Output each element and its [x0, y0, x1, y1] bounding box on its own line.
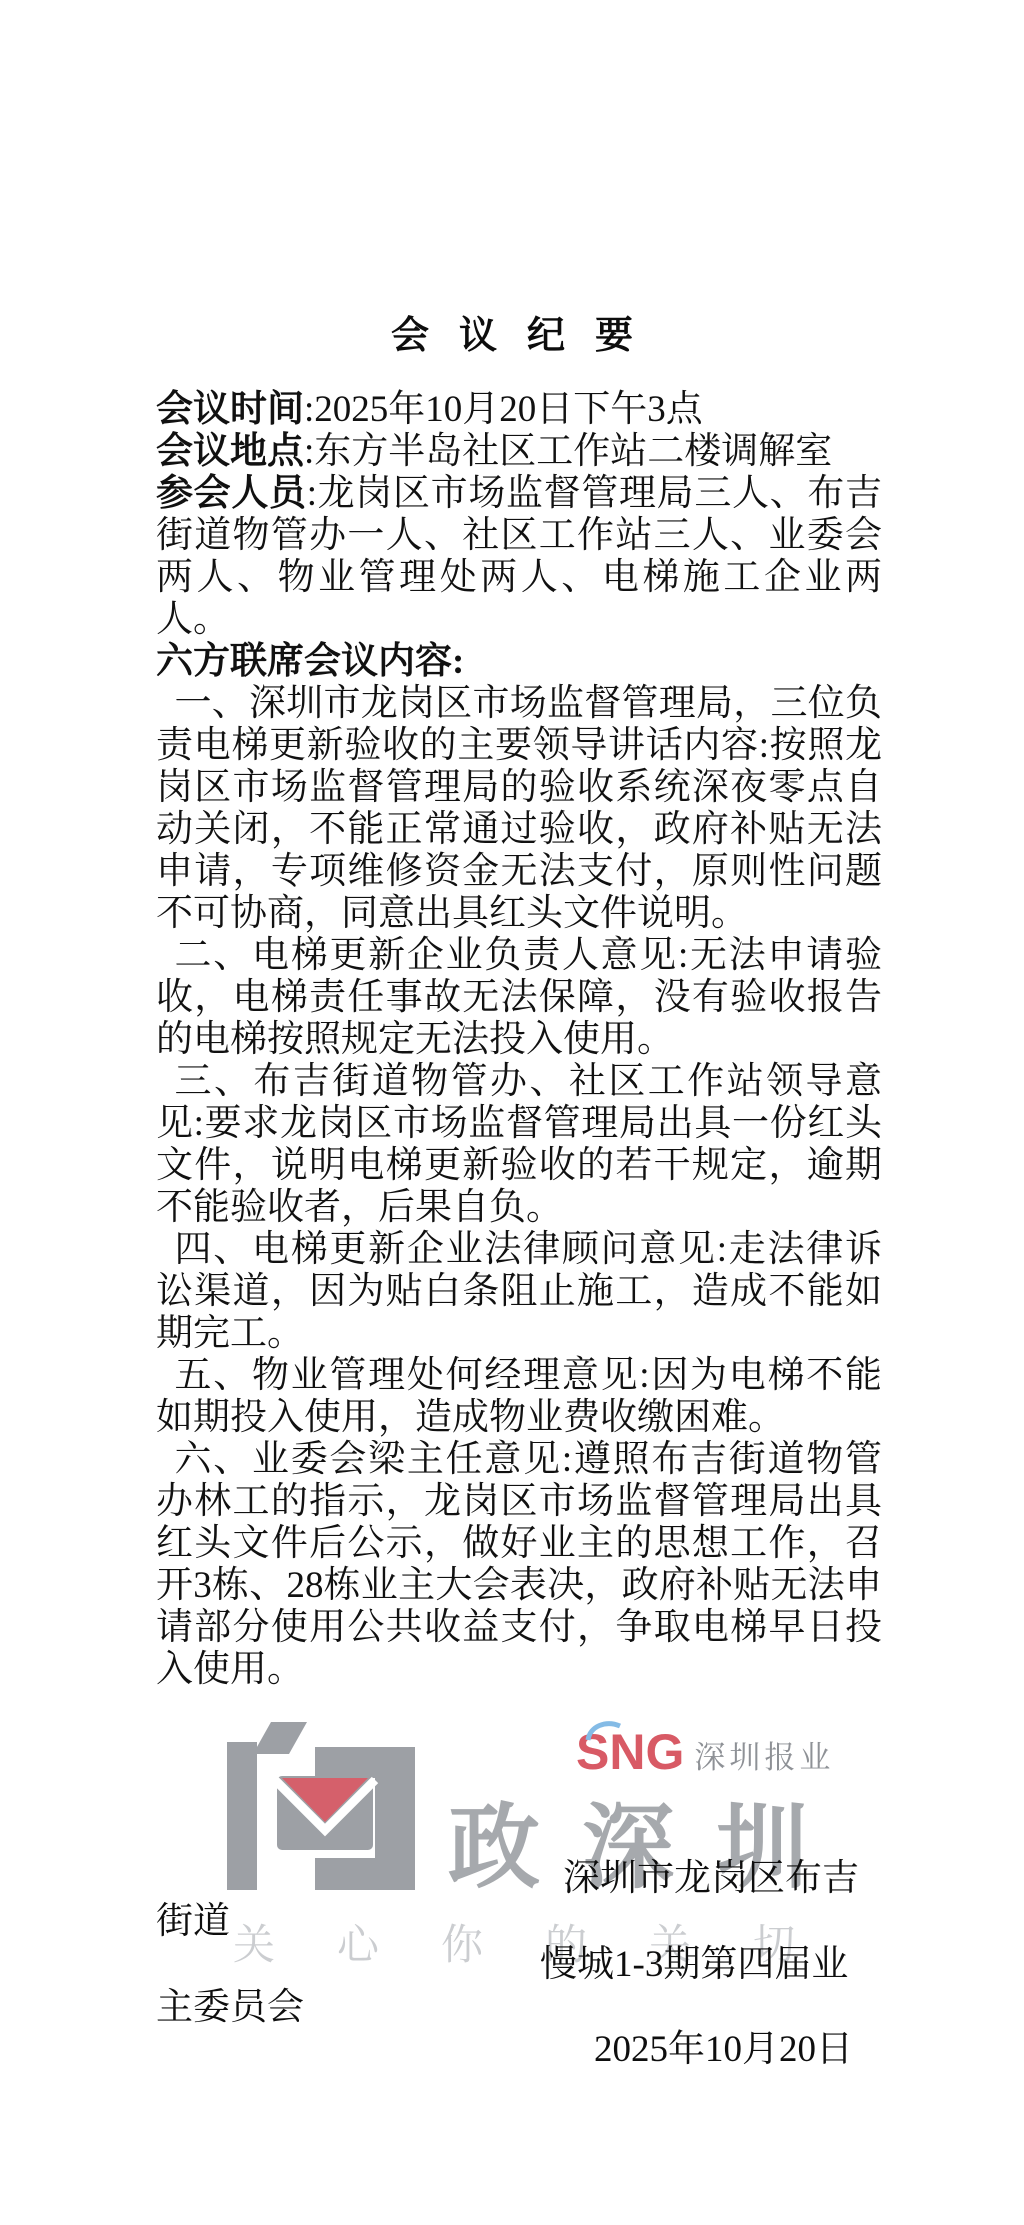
meta-row-place: 会议地点:东方半岛社区工作站二楼调解室 — [156, 431, 882, 473]
meta-label-place: 会议地点 — [156, 431, 304, 472]
signature-org-line-3: 慢城1-3期第四届业 — [540, 1944, 848, 1986]
meeting-minutes-page: 政深圳 关心你的关切 SNG 深圳报业 会议纪要 会议时间:2025年10月20… — [0, 0, 1024, 2225]
signature-org-line-1: 深圳市龙岗区布吉 — [563, 1858, 859, 1900]
minutes-item-1: 一、深圳市龙岗区市场监督管理局，三位负责电梯更新验收的主要领导讲话内容:按照龙岗… — [156, 683, 882, 935]
document-body: 会议时间:2025年10月20日下午3点 会议地点:东方半岛社区工作站二楼调解室… — [156, 389, 882, 1691]
minutes-item-4: 四、电梯更新企业法律顾问意见:走法律诉讼渠道，因为贴白条阻止施工，造成不能如期完… — [156, 1229, 882, 1355]
signature-org-line-2: 街道 — [156, 1901, 230, 1943]
signature-date: 2025年10月20日 — [594, 2029, 853, 2071]
meta-value-time: :2025年10月20日下午3点 — [304, 389, 703, 430]
meta-row-time: 会议时间:2025年10月20日下午3点 — [156, 389, 882, 431]
minutes-item-3: 三、布吉街道物管办、社区工作站领导意见:要求龙岗区市场监督管理局出具一份红头文件… — [156, 1061, 882, 1229]
meta-label-time: 会议时间 — [156, 389, 304, 430]
signature-org-line-4: 主委员会 — [156, 1987, 304, 2029]
meta-row-attendees: 参会人员:龙岗区市场监督管理局三人、布吉街道物管办一人、社区工作站三人、业委会两… — [156, 473, 882, 641]
meta-value-place: :东方半岛社区工作站二楼调解室 — [304, 431, 832, 472]
sng-press-group-label: 深圳报业 — [694, 1738, 834, 1778]
section-heading: 六方联席会议内容: — [156, 641, 882, 683]
minutes-item-6: 六、业委会梁主任意见:遵照布吉街道物管办林工的指示，龙岗区市场监督管理局出具红头… — [156, 1439, 882, 1691]
wenzheng-envelope-logo-icon — [225, 1722, 421, 1892]
minutes-item-2: 二、电梯更新企业负责人意见:无法申请验收，电梯责任事故无法保障，没有验收报告的电… — [156, 935, 882, 1061]
meta-label-attendees: 参会人员 — [156, 473, 307, 514]
minutes-item-5: 五、物业管理处何经理意见:因为电梯不能如期投入使用，造成物业费收缴困难。 — [156, 1355, 882, 1439]
page-title: 会议纪要 — [0, 313, 1024, 359]
sng-logo: SNG 深圳报业 — [576, 1726, 834, 1778]
sng-swoosh-icon — [580, 1718, 634, 1744]
